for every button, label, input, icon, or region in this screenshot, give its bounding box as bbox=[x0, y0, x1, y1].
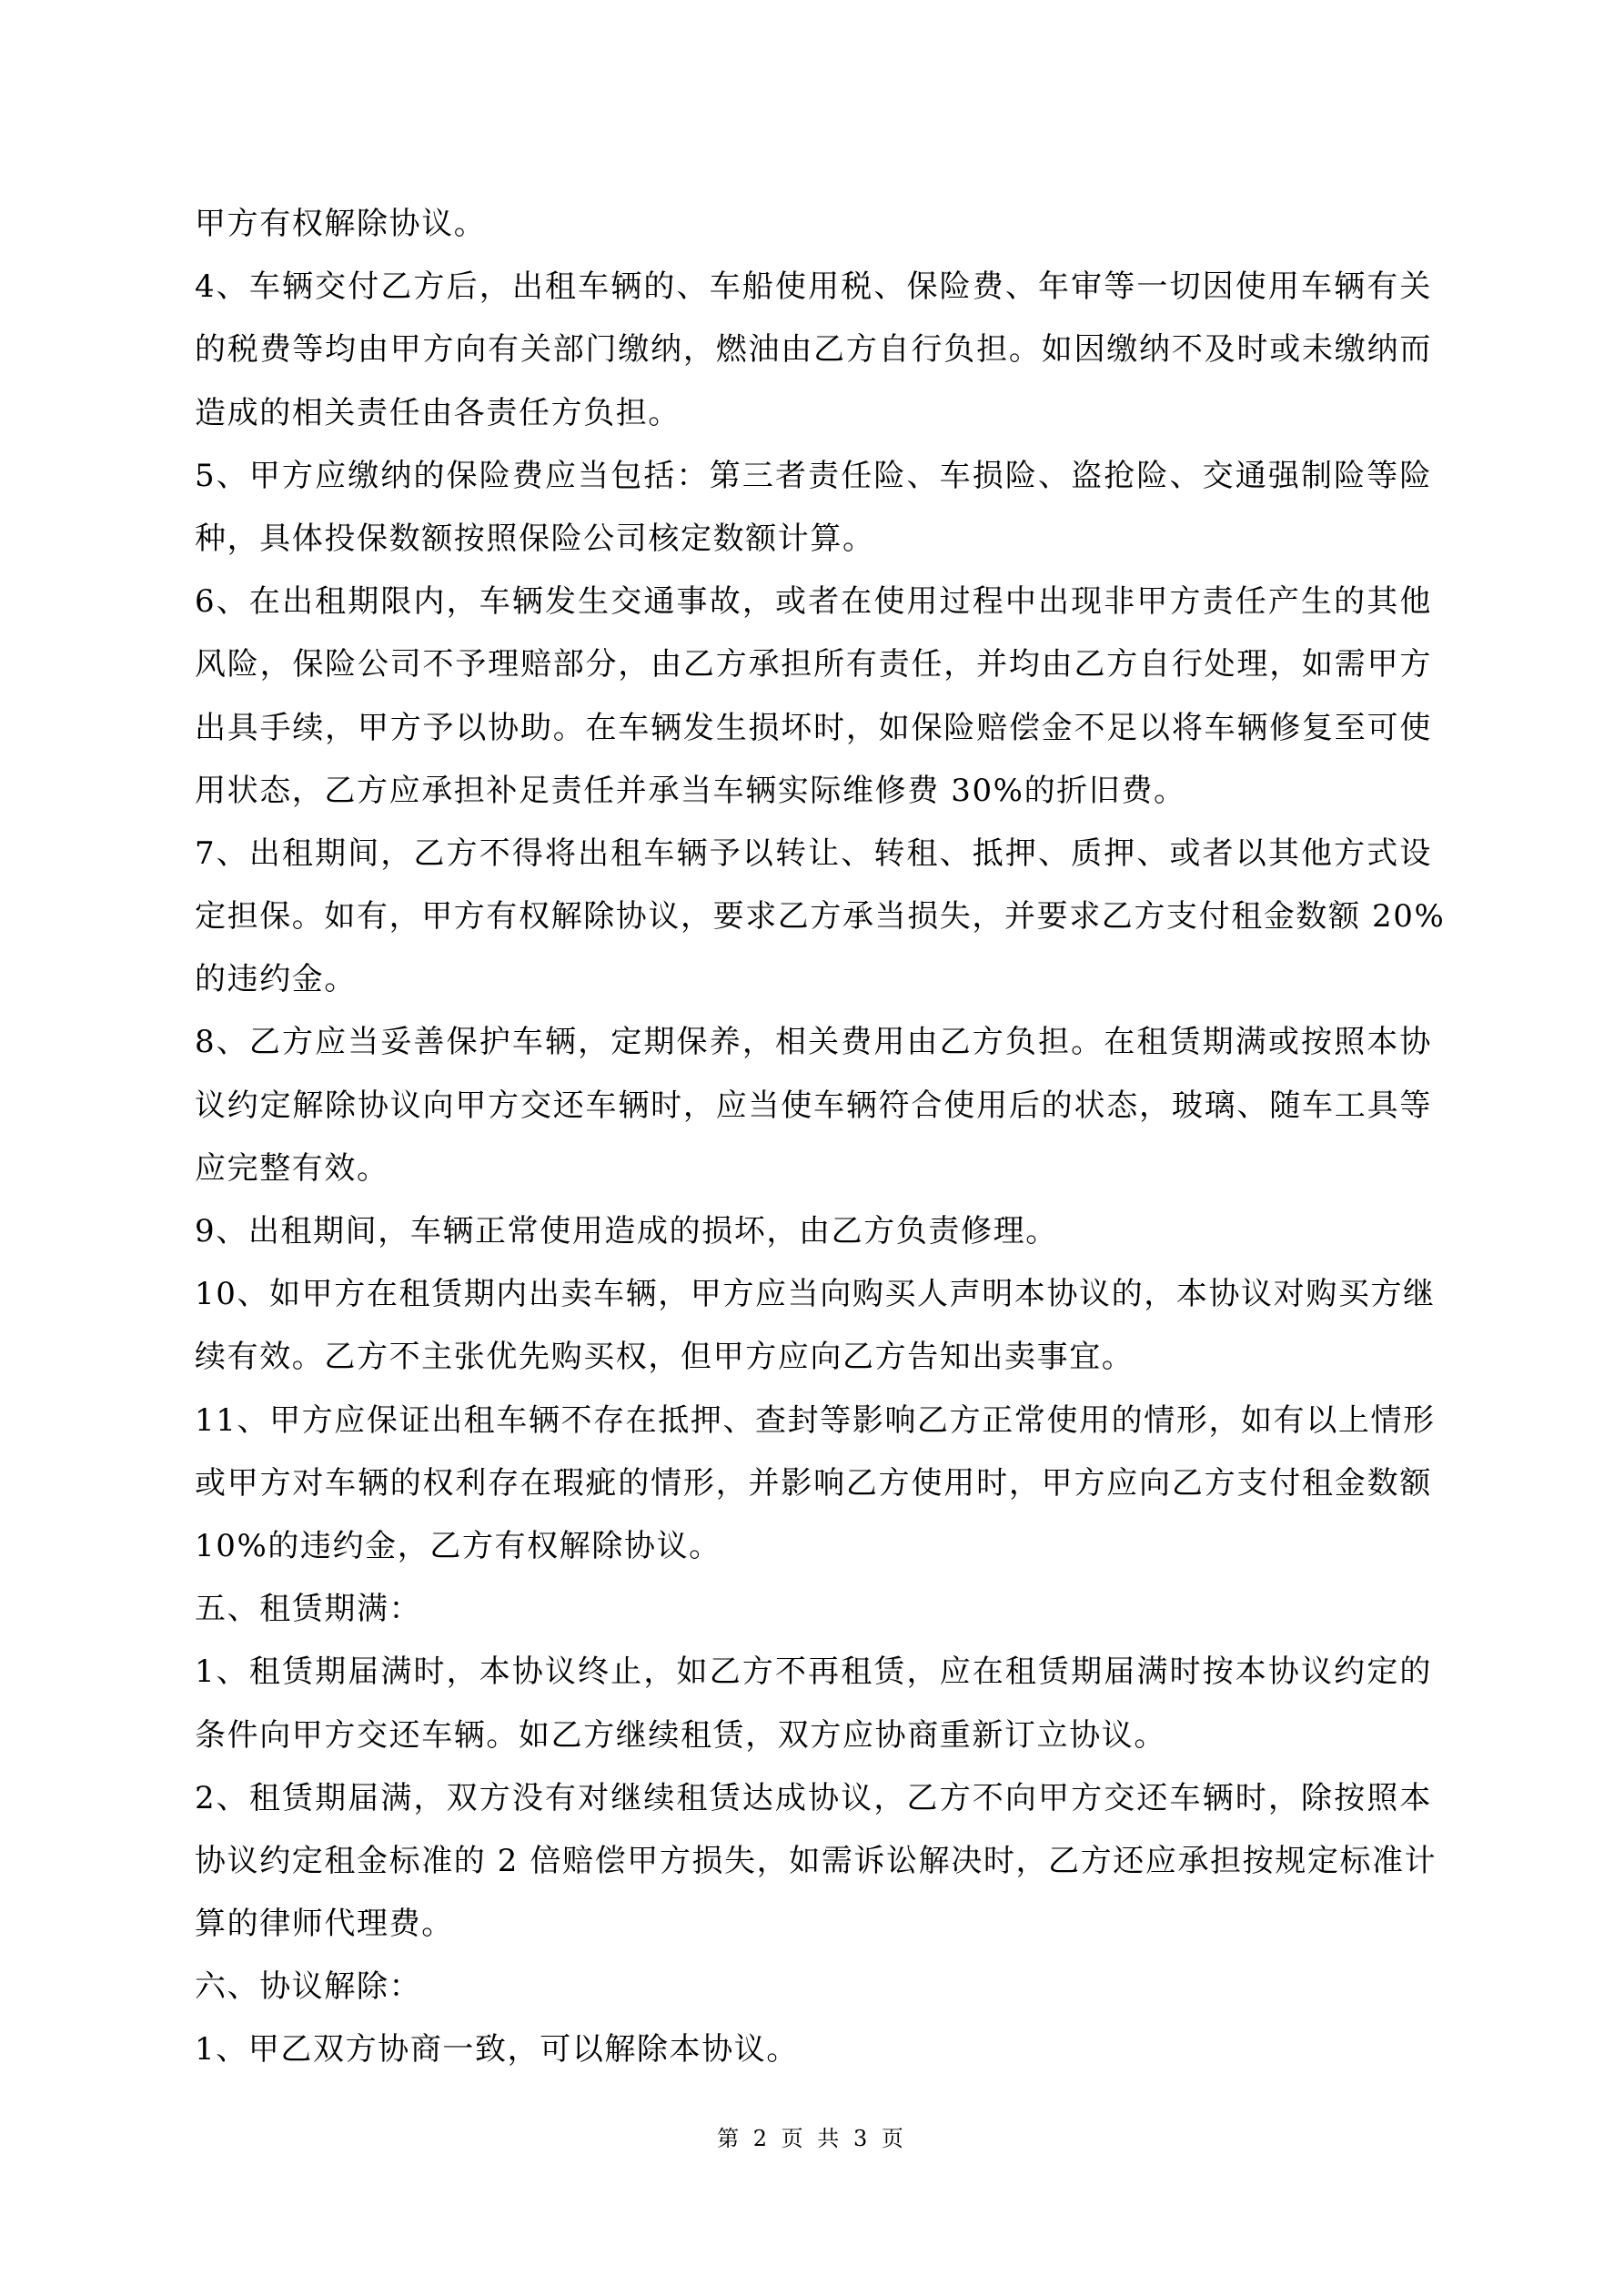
text-line: 1、租赁期届满时，本协议终止，如乙方不再租赁，应在租赁期届满时按本协议约定的 bbox=[195, 1641, 1432, 1704]
text-line: 的违约金。 bbox=[195, 948, 1432, 1011]
text-line: 2、租赁期届满，双方没有对继续租赁达成协议，乙方不向甲方交还车辆时，除按照本 bbox=[195, 1767, 1432, 1830]
text-line: 7、出租期间，乙方不得将出租车辆予以转让、转租、抵押、质押、或者以其他方式设 bbox=[195, 823, 1432, 885]
text-line: 10、如甲方在租赁期内出卖车辆，甲方应当向购买人声明本协议的，本协议对购买方继 bbox=[195, 1263, 1432, 1326]
text-line: 用状态，乙方应承担补足责任并承当车辆实际维修费 30%的折旧费。 bbox=[195, 760, 1432, 823]
page-number-footer: 第 2 页 共 3 页 bbox=[0, 2120, 1624, 2157]
text-line: 4、车辆交付乙方后，出租车辆的、车船使用税、保险费、年审等一切因使用车辆有关 bbox=[195, 256, 1432, 319]
paragraph-clause-9: 9、出租期间，车辆正常使用造成的损坏，由乙方负责修理。 bbox=[195, 1200, 1432, 1263]
text-line: 风险，保险公司不予理赔部分，由乙方承担所有责任，并均由乙方自行处理，如需甲方 bbox=[195, 633, 1432, 696]
text-line: 条件向甲方交还车辆。如乙方继续租赁，双方应协商重新订立协议。 bbox=[195, 1704, 1432, 1767]
paragraph-clause-8: 8、乙方应当妥善保护车辆，定期保养，相关费用由乙方负担。在租赁期满或按照本协 议… bbox=[195, 1011, 1432, 1200]
text-line: 9、出租期间，车辆正常使用造成的损坏，由乙方负责修理。 bbox=[195, 1200, 1432, 1263]
paragraph-clause-3-tail: 甲方有权解除协议。 bbox=[195, 193, 1432, 256]
paragraph-clause-4: 4、车辆交付乙方后，出租车辆的、车船使用税、保险费、年审等一切因使用车辆有关 的… bbox=[195, 256, 1432, 445]
section-heading-termination: 六、协议解除： bbox=[195, 1956, 1432, 2018]
text-line: 或甲方对车辆的权利存在瑕疵的情形，并影响乙方使用时，甲方应向乙方支付租金数额 bbox=[195, 1452, 1432, 1515]
text-line: 算的律师代理费。 bbox=[195, 1893, 1432, 1956]
text-line: 5、甲方应缴纳的保险费应当包括：第三者责任险、车损险、盗抢险、交通强制险等险 bbox=[195, 445, 1432, 508]
text-line: 的税费等均由甲方向有关部门缴纳，燃油由乙方自行负担。如因缴纳不及时或未缴纳而 bbox=[195, 319, 1432, 381]
paragraph-clause-7: 7、出租期间，乙方不得将出租车辆予以转让、转租、抵押、质押、或者以其他方式设 定… bbox=[195, 823, 1432, 1012]
text-line: 1、甲乙双方协商一致，可以解除本协议。 bbox=[195, 2018, 1432, 2081]
paragraph-clause-11: 11、甲方应保证出租车辆不存在抵押、查封等影响乙方正常使用的情形，如有以上情形 … bbox=[195, 1390, 1432, 1579]
document-body: 甲方有权解除协议。 4、车辆交付乙方后，出租车辆的、车船使用税、保险费、年审等一… bbox=[195, 193, 1432, 2082]
text-line: 11、甲方应保证出租车辆不存在抵押、查封等影响乙方正常使用的情形，如有以上情形 bbox=[195, 1390, 1432, 1452]
section-heading-lease-expiry: 五、租赁期满： bbox=[195, 1578, 1432, 1641]
section-heading: 六、协议解除： bbox=[195, 1956, 1432, 2018]
text-line: 协议约定租金标准的 2 倍赔偿甲方损失，如需诉讼解决时，乙方还应承担按规定标准计 bbox=[195, 1830, 1432, 1893]
text-line: 应完整有效。 bbox=[195, 1138, 1432, 1200]
document-page: 甲方有权解除协议。 4、车辆交付乙方后，出租车辆的、车船使用税、保险费、年审等一… bbox=[0, 0, 1624, 2296]
text-line: 定担保。如有，甲方有权解除协议，要求乙方承当损失，并要求乙方支付租金数额 20% bbox=[195, 885, 1432, 948]
text-line: 种，具体投保数额按照保险公司核定数额计算。 bbox=[195, 508, 1432, 571]
text-line: 8、乙方应当妥善保护车辆，定期保养，相关费用由乙方负担。在租赁期满或按照本协 bbox=[195, 1011, 1432, 1074]
text-line: 出具手续，甲方予以协助。在车辆发生损坏时，如保险赔偿金不足以将车辆修复至可使 bbox=[195, 697, 1432, 760]
paragraph-clause-5: 5、甲方应缴纳的保险费应当包括：第三者责任险、车损险、盗抢险、交通强制险等险 种… bbox=[195, 445, 1432, 571]
paragraph-expiry-1: 1、租赁期届满时，本协议终止，如乙方不再租赁，应在租赁期届满时按本协议约定的 条… bbox=[195, 1641, 1432, 1766]
text-line: 续有效。乙方不主张优先购买权，但甲方应向乙方告知出卖事宜。 bbox=[195, 1326, 1432, 1389]
text-line: 造成的相关责任由各责任方负担。 bbox=[195, 382, 1432, 445]
text-line: 10%的违约金，乙方有权解除协议。 bbox=[195, 1515, 1432, 1578]
section-heading: 五、租赁期满： bbox=[195, 1578, 1432, 1641]
text-line: 6、在出租期限内，车辆发生交通事故，或者在使用过程中出现非甲方责任产生的其他 bbox=[195, 571, 1432, 633]
text-line: 议约定解除协议向甲方交还车辆时，应当使车辆符合使用后的状态，玻璃、随车工具等 bbox=[195, 1075, 1432, 1138]
text-line: 甲方有权解除协议。 bbox=[195, 193, 1432, 256]
paragraph-clause-6: 6、在出租期限内，车辆发生交通事故，或者在使用过程中出现非甲方责任产生的其他 风… bbox=[195, 571, 1432, 823]
paragraph-expiry-2: 2、租赁期届满，双方没有对继续租赁达成协议，乙方不向甲方交还车辆时，除按照本 协… bbox=[195, 1767, 1432, 1957]
paragraph-clause-10: 10、如甲方在租赁期内出卖车辆，甲方应当向购买人声明本协议的，本协议对购买方继 … bbox=[195, 1263, 1432, 1389]
paragraph-termination-1: 1、甲乙双方协商一致，可以解除本协议。 bbox=[195, 2018, 1432, 2081]
